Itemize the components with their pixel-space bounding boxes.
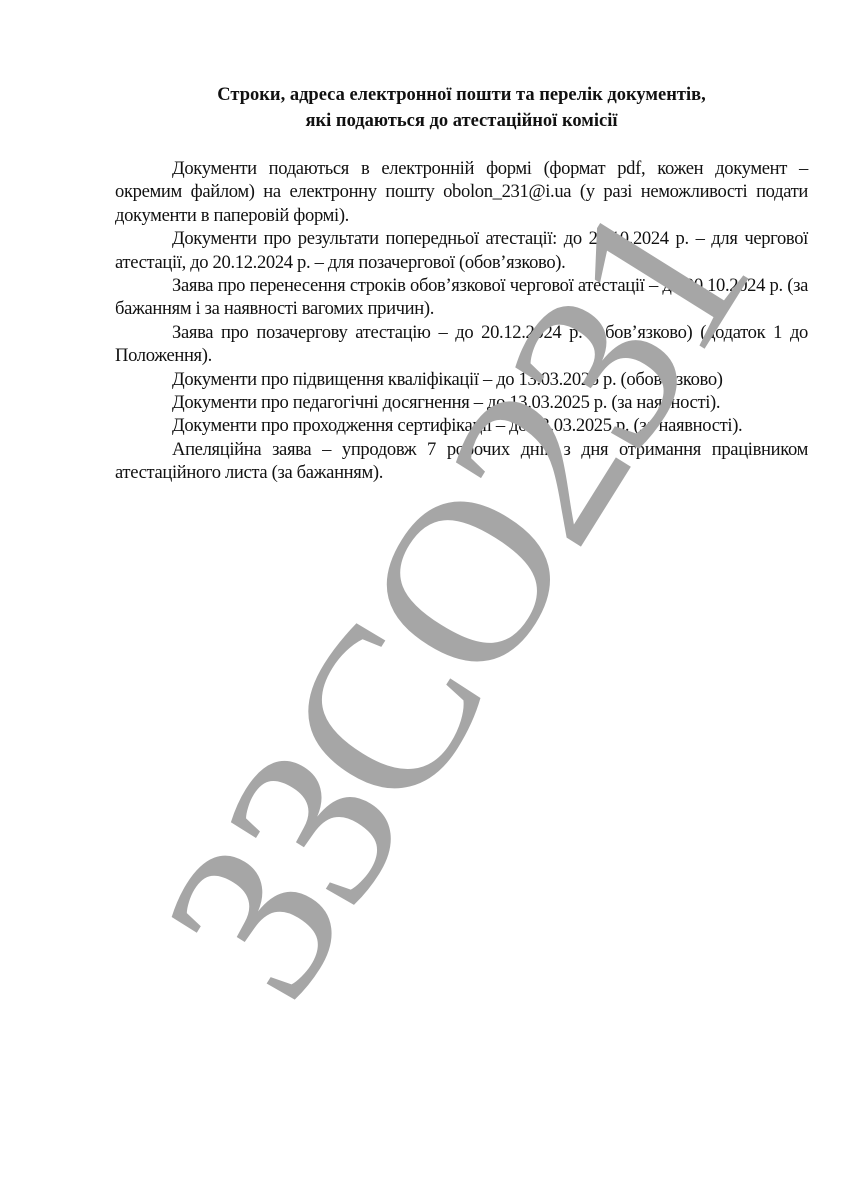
paragraph-previous-attestation: Документи про результати попередньої ате… [115,227,808,274]
document-title: Строки, адреса електронної пошти та пере… [115,82,808,134]
paragraph-postponement: Заява про перенесення строків обов’язков… [115,274,808,321]
document-body: Документи подаються в електронній формі … [115,157,808,485]
paragraph-certification: Документи про проходження сертифікації –… [115,414,808,437]
title-line-2: які подаються до атестаційної комісії [115,108,808,134]
title-line-1: Строки, адреса електронної пошти та пере… [115,82,808,108]
paragraph-achievements: Документи про педагогічні досягнення – д… [115,391,808,414]
paragraph-submission-format: Документи подаються в електронній формі … [115,157,808,227]
paragraph-extraordinary: Заява про позачергову атестацію – до 20.… [115,321,808,368]
document-page: Строки, адреса електронної пошти та пере… [0,0,848,1200]
paragraph-qualification: Документи про підвищення кваліфікації – … [115,368,808,391]
paragraph-appeal: Апеляційна заява – упродовж 7 робочих дн… [115,438,808,485]
